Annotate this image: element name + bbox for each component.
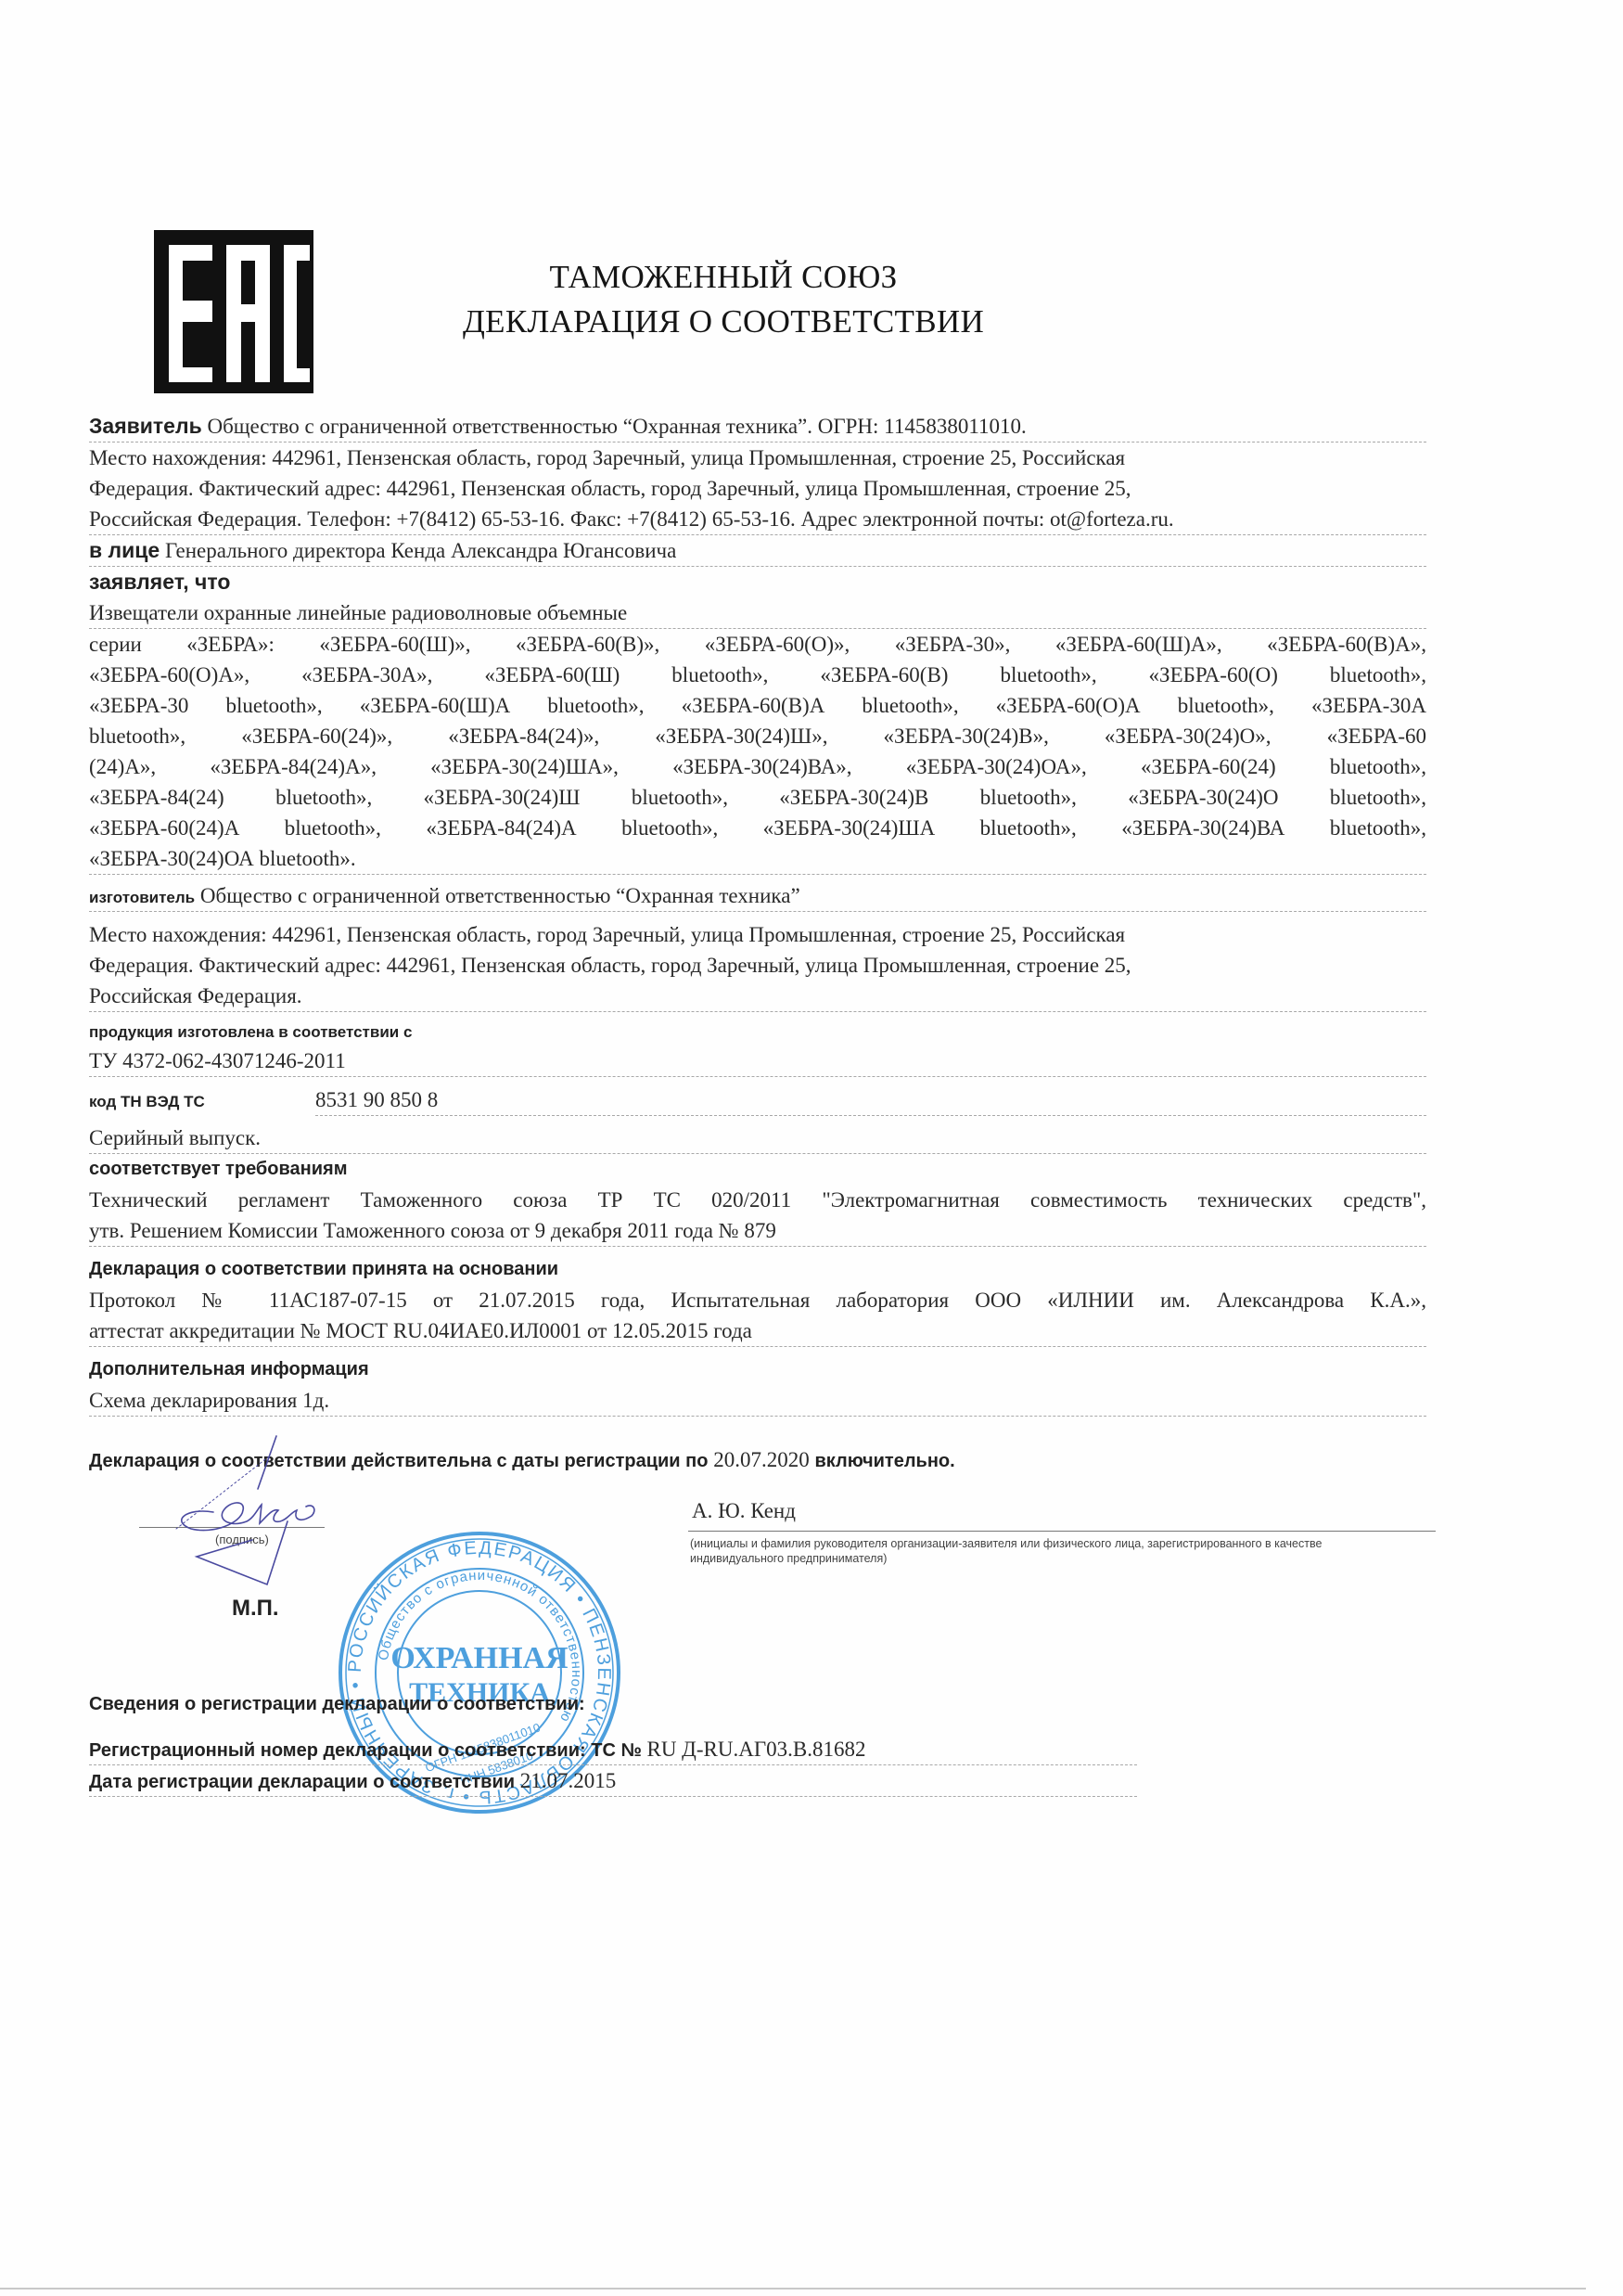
registration-number-value: RU Д-RU.АГ03.В.81682	[646, 1738, 865, 1761]
manufacturer-label: изготовитель	[89, 889, 195, 906]
registration-date-row: Дата регистрации декларации о соответств…	[89, 1765, 1137, 1797]
declaration-body: Заявитель Общество с ограниченной ответс…	[89, 411, 1426, 1475]
representative-label: в лице	[89, 538, 160, 562]
basis-line: аттестат аккредитации № МОСТ RU.04ИАЕ0.И…	[89, 1315, 1426, 1347]
representative-value: Генерального директора Кенда Александра …	[165, 539, 676, 562]
seal-center-line1: ОХРАННАЯ	[390, 1641, 568, 1675]
produced-per-value: ТУ 4372-062-43071246-2011	[89, 1045, 1426, 1077]
produced-per-label: продукция изготовлена в соответствии с	[89, 1020, 1426, 1045]
registration-heading: Сведения о регистрации декларации о соот…	[89, 1694, 585, 1714]
manufacturer-name: Общество с ограниченной ответственностью…	[200, 884, 800, 907]
applicant-label: Заявитель	[89, 414, 202, 438]
product-series-line: «ЗЕБРА-60(О)А», «ЗЕБРА-30А», «ЗЕБРА-60(Ш…	[89, 660, 1426, 690]
declares-label: заявляет, что	[89, 567, 1426, 597]
registration-info: Сведения о регистрации декларации о соот…	[89, 1686, 1426, 1797]
signer-name-line	[688, 1531, 1436, 1532]
requirements-line: Технический регламент Таможенного союза …	[89, 1185, 1426, 1215]
basis-line: Протокол № 11АС187-07-15 от 21.07.2015 г…	[89, 1285, 1426, 1315]
title-line-customs-union: ТАМОЖЕННЫЙ СОЮЗ	[352, 255, 1094, 300]
additional-label: Дополнительная информация	[89, 1354, 1426, 1385]
manufacturer-row: изготовитель Общество с ограниченной отв…	[89, 880, 1426, 912]
signer-name: А. Ю. Кенд	[692, 1499, 796, 1523]
tnved-value: 8531 90 850 8	[315, 1084, 1426, 1116]
manufacturer-address-line: Российская Федерация.	[89, 981, 1426, 1012]
requirements-label: соответствует требованиям	[89, 1154, 1426, 1185]
tnved-row: код ТН ВЭД ТС8531 90 850 8	[89, 1084, 1426, 1115]
product-series-line: «ЗЕБРА-30 bluetooth», «ЗЕБРА-60(Ш)А blue…	[89, 690, 1426, 721]
signer-caption: (инициалы и фамилия руководителя организ…	[690, 1536, 1450, 1566]
page-bottom-edge	[0, 2288, 1586, 2290]
registration-number-label: Регистрационный номер декларации о соотв…	[89, 1740, 642, 1761]
applicant-row: Заявитель Общество с ограниченной ответс…	[89, 411, 1426, 443]
product-series-line: «ЗЕБРА-30(24)ОА bluetooth».	[89, 843, 1426, 875]
registration-date-value: 21.07.2015	[520, 1769, 617, 1792]
document-title: ТАМОЖЕННЫЙ СОЮЗ ДЕКЛАРАЦИЯ О СООТВЕТСТВИ…	[352, 255, 1094, 344]
registration-heading-row: Сведения о регистрации декларации о соот…	[89, 1686, 1426, 1734]
title-line-declaration: ДЕКЛАРАЦИЯ О СООТВЕТСТВИИ	[352, 300, 1094, 344]
production-type: Серийный выпуск.	[89, 1122, 1426, 1154]
eac-logo	[154, 230, 313, 393]
applicant-address-line: Федерация. Фактический адрес: 442961, Пе…	[89, 473, 1426, 504]
requirements-line: утв. Решением Комиссии Таможенного союза…	[89, 1215, 1426, 1247]
registration-number-row: Регистрационный номер декларации о соотв…	[89, 1734, 1137, 1765]
product-series-line: «ЗЕБРА-60(24)А bluetooth», «ЗЕБРА-84(24)…	[89, 813, 1426, 843]
additional-value: Схема декларирования 1д.	[89, 1385, 1426, 1417]
product-series-line: серии «ЗЕБРА»: «ЗЕБРА-60(Ш)», «ЗЕБРА-60(…	[89, 629, 1426, 660]
applicant-name: Общество с ограниченной ответственностью…	[207, 415, 1026, 438]
product-series-line: bluetooth», «ЗЕБРА-60(24)», «ЗЕБРА-84(24…	[89, 721, 1426, 751]
eac-mark-icon	[154, 230, 313, 393]
product-series-line: «ЗЕБРА-84(24) bluetooth», «ЗЕБРА-30(24)Ш…	[89, 782, 1426, 813]
product-series-line: (24)А», «ЗЕБРА-84(24)А», «ЗЕБРА-30(24)ША…	[89, 751, 1426, 782]
tnved-label: код ТН ВЭД ТС	[89, 1086, 315, 1117]
product-name: Извещатели охранные линейные радиоволнов…	[89, 597, 1426, 629]
manufacturer-address-line: Место нахождения: 442961, Пензенская обл…	[89, 919, 1426, 950]
applicant-address-line: Место нахождения: 442961, Пензенская обл…	[89, 443, 1426, 473]
manufacturer-address-line: Федерация. Фактический адрес: 442961, Пе…	[89, 950, 1426, 981]
representative-row: в лице Генерального директора Кенда Алек…	[89, 535, 1426, 567]
registration-date-label: Дата регистрации декларации о соответств…	[89, 1772, 515, 1792]
applicant-contacts-line: Российская Федерация. Телефон: +7(8412) …	[89, 504, 1426, 535]
basis-label: Декларация о соответствии принята на осн…	[89, 1254, 1426, 1285]
